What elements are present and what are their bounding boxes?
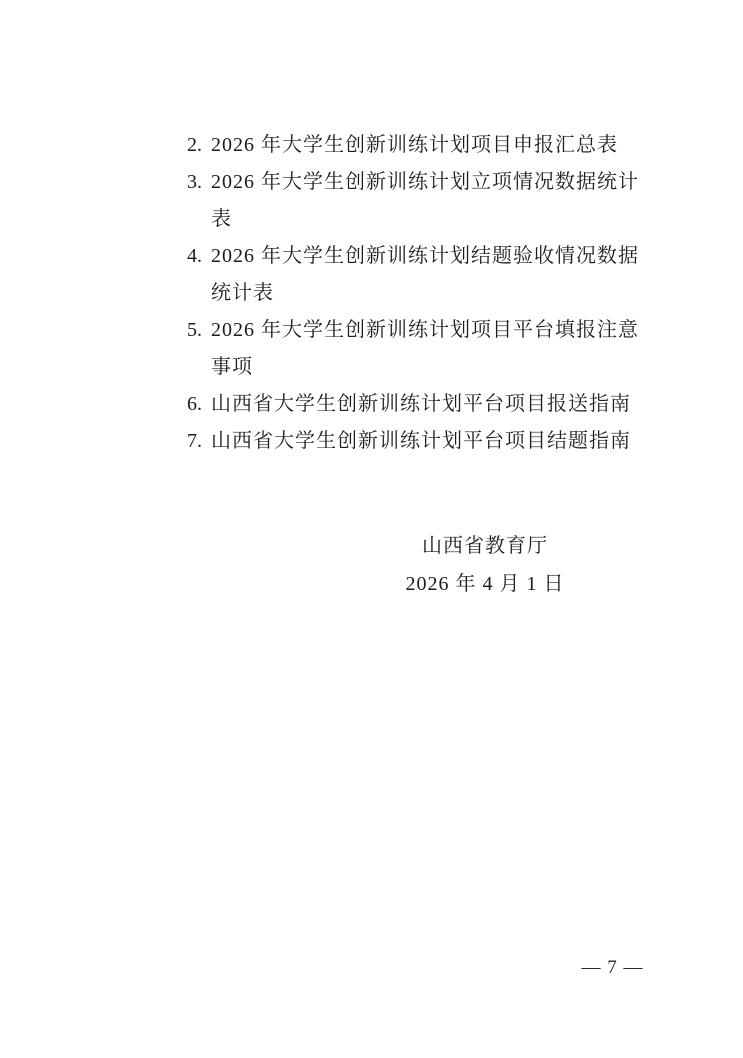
item-text: 2026 年大学生创新训练计划项目平台填报注意 [211,319,639,341]
item-text: 2026 年大学生创新训练计划项目申报汇总表 [211,134,618,156]
list-item: 3.2026 年大学生创新训练计划立项情况数据统计 表 [187,164,639,238]
item-text: 山西省大学生创新训练计划平台项目结题指南 [211,430,631,452]
issuer-name: 山西省教育厅 [340,527,630,565]
item-text: 2026 年大学生创新训练计划立项情况数据统计 [211,171,639,193]
issue-date: 2026 年 4 月 1 日 [340,565,630,603]
list-item: 6.山西省大学生创新训练计划平台项目报送指南 [187,386,639,423]
item-text-continuation: 事项 [187,349,639,386]
item-number: 6. [187,386,211,423]
item-number: 3. [187,164,211,201]
document-page: 2.2026 年大学生创新训练计划项目申报汇总表 3.2026 年大学生创新训练… [0,0,743,1058]
list-item: 2.2026 年大学生创新训练计划项目申报汇总表 [187,127,639,164]
item-text-continuation: 统计表 [187,275,639,312]
item-text: 2026 年大学生创新训练计划结题验收情况数据 [211,245,639,267]
item-text: 山西省大学生创新训练计划平台项目报送指南 [211,393,631,415]
item-text-continuation: 表 [187,201,639,238]
list-item: 4.2026 年大学生创新训练计划结题验收情况数据 统计表 [187,238,639,312]
item-number: 4. [187,238,211,275]
item-number: 7. [187,423,211,460]
attachment-list: 2.2026 年大学生创新训练计划项目申报汇总表 3.2026 年大学生创新训练… [187,127,639,460]
item-number: 5. [187,312,211,349]
list-item: 5.2026 年大学生创新训练计划项目平台填报注意 事项 [187,312,639,386]
page-number: — 7 — [560,956,665,980]
item-number: 2. [187,127,211,164]
list-item: 7.山西省大学生创新训练计划平台项目结题指南 [187,423,639,460]
signature-block: 山西省教育厅 2026 年 4 月 1 日 [340,527,630,603]
